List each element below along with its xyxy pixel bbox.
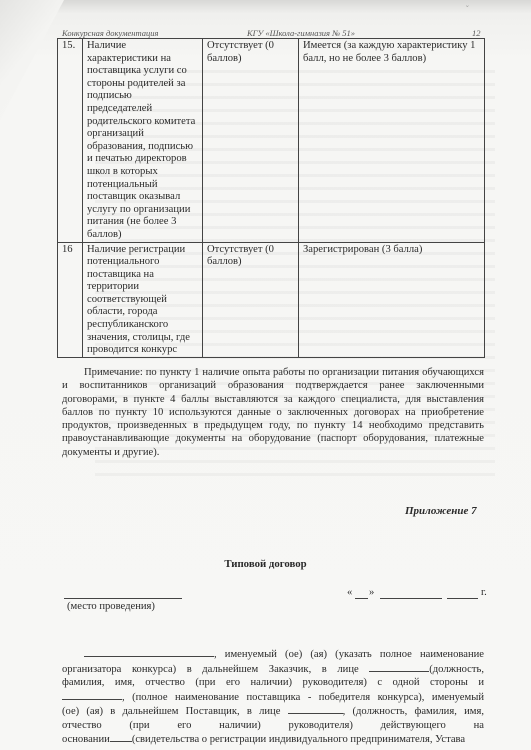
year-suffix: г. [481, 587, 487, 598]
preamble-text: организатора конкурса) в дальнейшем Зака… [62, 664, 359, 675]
criterion-present-score: Имеется (за каждую характеристику 1 балл… [299, 39, 485, 243]
page-number: 12 [472, 28, 481, 38]
preamble-text: фамилия, имя, отчество (при его наличии)… [62, 676, 484, 690]
criterion-name: Наличие регистрации потенциального поста… [83, 242, 203, 357]
criteria-table: 15. Наличие характеристики на поставщика… [57, 38, 485, 358]
criterion-name: Наличие характеристики на поставщика усл… [83, 39, 203, 243]
customer-rep-blank [369, 662, 429, 672]
date-close-quote: » [369, 587, 374, 598]
criterion-number: 15. [58, 39, 83, 243]
header-organization: КГУ «Школа-гимназия № 51» [247, 28, 355, 38]
contract-title: Типовой договор [0, 558, 531, 570]
annex-label: Приложение 7 [405, 505, 477, 517]
criterion-absent-score: Отсутствует (0 баллов) [203, 39, 299, 243]
basis-blank [110, 732, 132, 742]
criterion-present-score: Зарегистрирован (3 балла) [299, 242, 485, 357]
preamble-text: (должность, [429, 664, 484, 675]
year-blank [447, 598, 478, 599]
table-row: 16 Наличие регистрации потенциального по… [58, 242, 485, 357]
month-blank [380, 598, 442, 599]
note-paragraph: Примечание: по пункту 1 наличие опыта ра… [62, 366, 484, 459]
criterion-number: 16 [58, 242, 83, 357]
day-blank [355, 598, 368, 599]
preamble-text: , именуемый (ое) (ая) (указать полное на… [214, 649, 484, 660]
organizer-blank [84, 647, 214, 657]
supplier-blank [62, 690, 122, 700]
table-row: 15. Наличие характеристики на поставщика… [58, 39, 485, 243]
preamble-text: , (должность, фамилия, имя, [343, 706, 484, 717]
preamble-text: , (полное наименование поставщика - побе… [122, 692, 484, 703]
supplier-rep-blank [288, 704, 343, 714]
preamble-text: отчество (при его наличии) руководителя)… [62, 719, 484, 733]
header-doc-type: Конкурсная документация [62, 28, 158, 38]
date-open-quote: « [347, 587, 352, 598]
criterion-absent-score: Отсутствует (0 баллов) [203, 242, 299, 357]
preamble-text: (ое) (ая) в дальнейшем Поставщик, в лице [62, 706, 280, 717]
preamble-text: (свидетельства о регистрации индивидуаль… [132, 734, 465, 745]
place-caption: (место проведения) [67, 601, 155, 612]
preamble-text: основании [62, 734, 110, 745]
scan-top-shadow [0, 0, 531, 14]
scanned-page: ˘ Конкурсная документация КГУ «Школа-гим… [0, 0, 531, 750]
contract-preamble: , именуемый (ое) (ая) (указать полное на… [62, 647, 484, 747]
place-blank [64, 598, 182, 599]
scan-mark: ˘ [466, 4, 469, 13]
